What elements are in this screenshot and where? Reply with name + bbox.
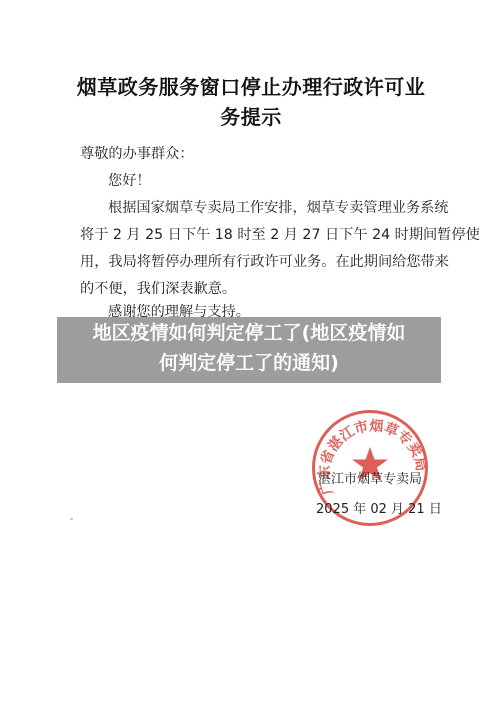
document-title: 烟草政务服务窗口停止办理行政许可业 务提示 xyxy=(70,72,432,132)
salutation: 尊敬的办事群众： xyxy=(80,143,194,163)
headline-banner-text: 地区疫情如何判定停工了(地区疫情如 何判定停工了的通知) xyxy=(57,318,441,378)
issue-date: 2025 年 02 月 21 日 xyxy=(316,498,442,517)
scan-artifact xyxy=(70,518,73,520)
title-line-2: 务提示 xyxy=(70,102,432,132)
paragraph-line: 的不便，我们深表歉意。 xyxy=(80,278,236,298)
headline-line-1: 地区疫情如何判定停工了(地区疫情如 xyxy=(57,318,441,348)
headline-line-2: 何判定停工了的通知) xyxy=(57,348,441,378)
title-line-1: 烟草政务服务窗口停止办理行政许可业 xyxy=(70,72,432,102)
greeting: 您好！ xyxy=(108,170,151,190)
paragraph-line: 根据国家烟草专卖局工作安排，烟草专卖管理业务系统 xyxy=(108,197,449,217)
paragraph-line: 用，我局将暂停办理所有行政许可业务。在此期间给您带来 xyxy=(80,251,449,271)
issuer-signature: 湛江市烟草专卖局 xyxy=(318,468,422,487)
paragraph-line: 将于 2 月 25 日下午 18 时至 2 月 27 日下午 24 时期间暂停使 xyxy=(80,224,480,244)
